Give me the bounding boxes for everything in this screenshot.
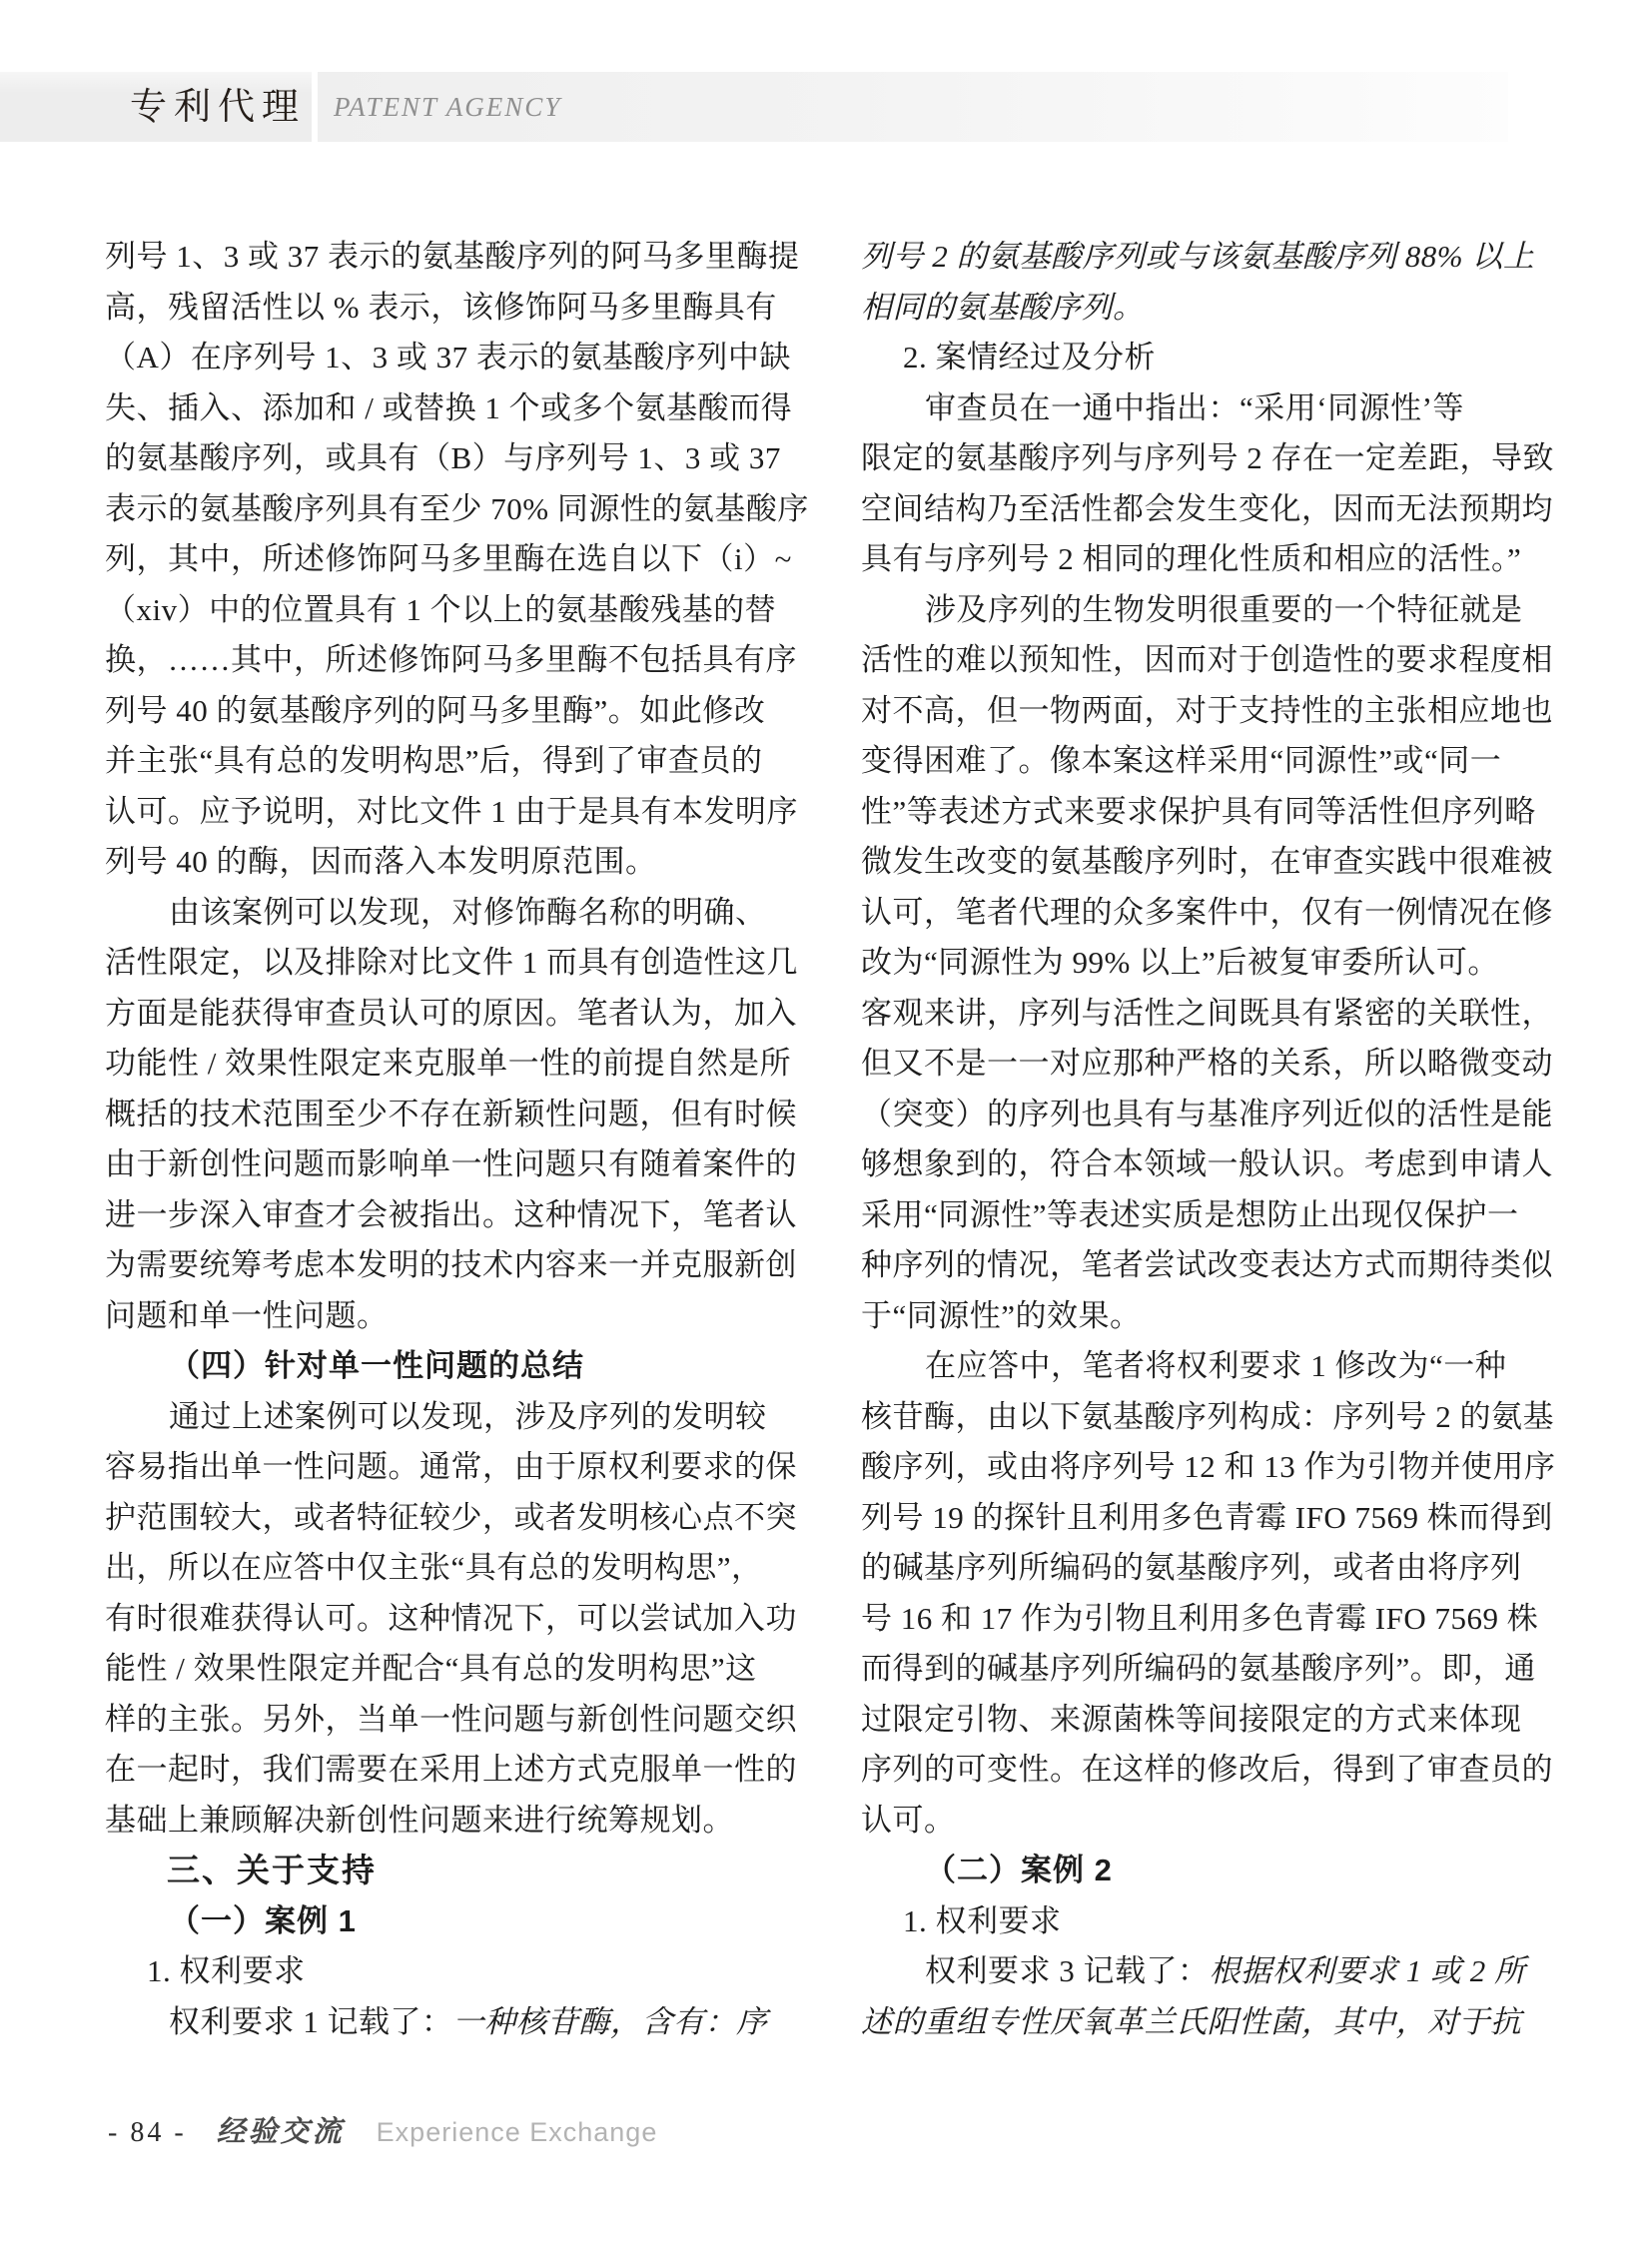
text-line: （一）案例 1 xyxy=(105,1896,794,1947)
journal-section-title-cn: 专利代理 xyxy=(130,86,312,127)
body-text: 列，其中，所述修饰阿马多里酶在选自以下（i）~ xyxy=(105,541,792,576)
body-text: 列号 40 的酶，因而落入本发明原范围。 xyxy=(105,844,657,879)
text-line: （A）在序列号 1、3 或 37 表示的氨基酸序列中缺 xyxy=(105,333,794,383)
body-text: 涉及序列的生物发明很重要的一个特征就是 xyxy=(925,592,1523,627)
body-text: 客观来讲，序列与活性之间既具有紧密的关联性， xyxy=(861,996,1553,1031)
body-text: 述的重组专性厌氧革兰氏阳性菌，其中，对于抗 xyxy=(861,2004,1522,2039)
text-line: 列，其中，所述修饰阿马多里酶在选自以下（i）~ xyxy=(105,534,794,585)
body-text: 微发生改变的氨基酸序列时，在审查实践中很难被 xyxy=(861,844,1553,879)
text-line: 变得困难了。像本案这样采用“同源性”或“同一 xyxy=(861,736,1550,787)
text-line: 客观来讲，序列与活性之间既具有紧密的关联性， xyxy=(861,989,1550,1040)
body-text: 由该案例可以发现，对修饰酶名称的明确、 xyxy=(169,895,767,930)
body-text: 认可。应予说明，对比文件 1 由于是具有本发明序 xyxy=(105,794,798,829)
body-text: 于“同源性”的效果。 xyxy=(861,1298,1142,1333)
body-text: 2. 案情经过及分析 xyxy=(903,340,1156,374)
body-text: 具有与序列号 2 相同的理化性质和相应的活性。” xyxy=(861,541,1521,576)
body-text: 样的主张。另外，当单一性问题与新创性问题交织 xyxy=(105,1702,797,1737)
body-text: 为需要统筹考虑本发明的技术内容来一并克服新创 xyxy=(105,1247,797,1282)
text-line: 于“同源性”的效果。 xyxy=(861,1291,1550,1342)
body-text: 的氨基酸序列，或具有（B）与序列号 1、3 或 37 xyxy=(105,440,781,475)
text-line: 具有与序列号 2 相同的理化性质和相应的活性。” xyxy=(861,534,1550,585)
text-line: 列号 40 的氨基酸序列的阿马多里酶”。如此修改 xyxy=(105,686,794,737)
text-line: 2. 案情经过及分析 xyxy=(861,333,1550,383)
body-text: 列号 19 的探针且利用多色青霉 IFO 7569 株而得到 xyxy=(861,1500,1553,1535)
page-footer: - 84 - 经验交流 Experience Exchange xyxy=(108,2109,657,2149)
body-text: 列号 2 的氨基酸序列或与该氨基酸序列 88% 以上 xyxy=(861,239,1534,274)
body-text: 通过上述案例可以发现，涉及序列的发明较 xyxy=(169,1399,767,1434)
page-number: - 84 - xyxy=(108,2117,187,2149)
text-line: 活性限定，以及排除对比文件 1 而具有创造性这几 xyxy=(105,938,794,989)
text-line: 相同的氨基酸序列。 xyxy=(861,283,1550,334)
body-text: 有时很难获得认可。这种情况下，可以尝试加入功 xyxy=(105,1601,797,1636)
header-band-cn: 专利代理 xyxy=(0,72,312,142)
body-text: 护范围较大，或者特征较少，或者发明核心点不突 xyxy=(105,1500,797,1535)
text-line: 高，残留活性以 % 表示，该修饰阿马多里酶具有 xyxy=(105,283,794,334)
text-line: 在应答中，笔者将权利要求 1 修改为“一种 xyxy=(861,1341,1550,1392)
text-line: 失、插入、添加和 / 或替换 1 个或多个氨基酸而得 xyxy=(105,383,794,434)
text-line: 通过上述案例可以发现，涉及序列的发明较 xyxy=(105,1392,794,1443)
body-text: 并主张“具有总的发明构思”后，得到了审查员的 xyxy=(105,743,763,778)
body-text: 基础上兼顾解决新创性问题来进行统筹规划。 xyxy=(105,1803,734,1838)
body-text: 够想象到的，符合本领域一般认识。考虑到申请人 xyxy=(861,1146,1553,1181)
text-line: 问题和单一性问题。 xyxy=(105,1291,794,1342)
text-line: 限定的氨基酸序列与序列号 2 存在一定差距，导致 xyxy=(861,433,1550,484)
text-line: 序列的可变性。在这样的修改后，得到了审查员的 xyxy=(861,1745,1550,1796)
claim-quote-text: 根据权利要求 1 或 2 所 xyxy=(1210,1953,1526,1988)
text-line: 护范围较大，或者特征较少，或者发明核心点不突 xyxy=(105,1493,794,1544)
text-line: 号 16 和 17 作为引物且利用多色青霉 IFO 7569 株 xyxy=(861,1594,1550,1645)
body-text: 概括的技术范围至少不存在新颖性问题，但有时候 xyxy=(105,1097,797,1131)
text-line: 基础上兼顾解决新创性问题来进行统筹规划。 xyxy=(105,1796,794,1847)
body-text: （xiv）中的位置具有 1 个以上的氨基酸残基的替 xyxy=(105,592,776,627)
text-line: 对不高，但一物两面，对于支持性的主张相应地也 xyxy=(861,686,1550,737)
text-line: 审查员在一通中指出：“采用‘同源性’等 xyxy=(861,383,1550,434)
body-text: 采用“同源性”等表述实质是想防止出现仅保护一 xyxy=(861,1197,1519,1232)
body-text: （二）案例 2 xyxy=(925,1853,1113,1887)
text-line: （突变）的序列也具有与基准序列近似的活性是能 xyxy=(861,1090,1550,1140)
text-line: （二）案例 2 xyxy=(861,1846,1550,1896)
body-text: 权利要求 3 记载了： xyxy=(925,1953,1210,1988)
text-line: （xiv）中的位置具有 1 个以上的氨基酸残基的替 xyxy=(105,585,794,636)
text-line: 能性 / 效果性限定并配合“具有总的发明构思”这 xyxy=(105,1644,794,1695)
text-line: 权利要求 1 记载了：一种核苷酶，含有：序 xyxy=(105,1997,794,2048)
text-line: 认可。应予说明，对比文件 1 由于是具有本发明序 xyxy=(105,787,794,838)
left-column: 列号 1、3 或 37 表示的氨基酸序列的阿马多里酶提高，残留活性以 % 表示，… xyxy=(105,232,794,2047)
text-line: 但又不是一一对应那种严格的关系，所以略微变动 xyxy=(861,1039,1550,1090)
body-text: 1. 权利要求 xyxy=(147,1953,306,1988)
text-line: 在一起时，我们需要在采用上述方式克服单一性的 xyxy=(105,1745,794,1796)
body-text: 认可，笔者代理的众多案件中，仅有一例情况在修 xyxy=(861,895,1553,930)
body-text: 序列的可变性。在这样的修改后，得到了审查员的 xyxy=(861,1752,1553,1787)
text-line: 采用“同源性”等表述实质是想防止出现仅保护一 xyxy=(861,1190,1550,1241)
body-text: 问题和单一性问题。 xyxy=(105,1298,389,1333)
body-text: 的碱基序列所编码的氨基酸序列，或者由将序列 xyxy=(861,1550,1522,1585)
text-line: 活性的难以预知性，因而对于创造性的要求程度相 xyxy=(861,635,1550,686)
text-line: 列号 40 的酶，因而落入本发明原范围。 xyxy=(105,837,794,888)
body-text: 容易指出单一性问题。通常，由于原权利要求的保 xyxy=(105,1449,797,1484)
body-text: 权利要求 1 记载了： xyxy=(169,2004,453,2039)
body-text: 方面是能获得审查员认可的原因。笔者认为，加入 xyxy=(105,996,797,1031)
text-line: 涉及序列的生物发明很重要的一个特征就是 xyxy=(861,585,1550,636)
body-text: 性”等表述方式来要求保护具有同等活性但序列略 xyxy=(861,794,1536,829)
journal-section-title-en: PATENT AGENCY xyxy=(334,92,561,122)
text-line: 的氨基酸序列，或具有（B）与序列号 1、3 或 37 xyxy=(105,433,794,484)
body-text: 进一步深入审查才会被指出。这种情况下，笔者认 xyxy=(105,1197,797,1232)
body-text: 空间结构乃至活性都会发生变化，因而无法预期均 xyxy=(861,491,1553,526)
text-line: 而得到的碱基序列所编码的氨基酸序列”。即，通 xyxy=(861,1644,1550,1695)
body-text: 在应答中，笔者将权利要求 1 修改为“一种 xyxy=(925,1348,1506,1383)
body-text: 换，……其中，所述修饰阿马多里酶不包括具有序 xyxy=(105,642,797,677)
text-line: 够想象到的，符合本领域一般认识。考虑到申请人 xyxy=(861,1139,1550,1190)
body-text: 列号 1、3 或 37 表示的氨基酸序列的阿马多里酶提 xyxy=(105,239,800,274)
body-text: （一）案例 1 xyxy=(169,1903,357,1938)
text-line: 1. 权利要求 xyxy=(861,1896,1550,1947)
right-column: 列号 2 的氨基酸序列或与该氨基酸序列 88% 以上相同的氨基酸序列。2. 案情… xyxy=(861,232,1550,2047)
body-text: 过限定引物、来源菌株等间接限定的方式来体现 xyxy=(861,1702,1522,1737)
body-text: （四）针对单一性问题的总结 xyxy=(169,1348,584,1383)
text-line: 权利要求 3 记载了：根据权利要求 1 或 2 所 xyxy=(861,1946,1550,1997)
text-line: 样的主张。另外，当单一性问题与新创性问题交织 xyxy=(105,1695,794,1746)
text-line: 出，所以在应答中仅主张“具有总的发明构思”， xyxy=(105,1543,794,1594)
body-text: 种序列的情况，笔者尝试改变表达方式而期待类似 xyxy=(861,1247,1553,1282)
footer-section-title-en: Experience Exchange xyxy=(377,2117,658,2148)
body-text: 高，残留活性以 % 表示，该修饰阿马多里酶具有 xyxy=(105,290,777,325)
text-line: 酸序列，或由将序列号 12 和 13 作为引物并使用序 xyxy=(861,1442,1550,1493)
article-body: 列号 1、3 或 37 表示的氨基酸序列的阿马多里酶提高，残留活性以 % 表示，… xyxy=(105,232,1550,2047)
body-text: 1. 权利要求 xyxy=(903,1903,1062,1938)
text-line: 功能性 / 效果性限定来克服单一性的前提自然是所 xyxy=(105,1039,794,1090)
body-text: 认可。 xyxy=(861,1803,956,1838)
text-line: 进一步深入审查才会被指出。这种情况下，笔者认 xyxy=(105,1190,794,1241)
body-text: 核苷酶，由以下氨基酸序列构成：序列号 2 的氨基 xyxy=(861,1399,1554,1434)
text-line: 容易指出单一性问题。通常，由于原权利要求的保 xyxy=(105,1442,794,1493)
text-line: 1. 权利要求 xyxy=(105,1946,794,1997)
body-text: 功能性 / 效果性限定来克服单一性的前提自然是所 xyxy=(105,1046,791,1081)
body-text: 表示的氨基酸序列具有至少 70% 同源性的氨基酸序 xyxy=(105,491,809,526)
page: 专利代理 PATENT AGENCY 列号 1、3 或 37 表示的氨基酸序列的… xyxy=(0,0,1652,2242)
text-line: 表示的氨基酸序列具有至少 70% 同源性的氨基酸序 xyxy=(105,484,794,535)
text-line: 换，……其中，所述修饰阿马多里酶不包括具有序 xyxy=(105,635,794,686)
body-text: 活性限定，以及排除对比文件 1 而具有创造性这几 xyxy=(105,945,798,980)
body-text: 列号 40 的氨基酸序列的阿马多里酶”。如此修改 xyxy=(105,693,765,728)
text-line: 认可。 xyxy=(861,1796,1550,1847)
text-line: 方面是能获得审查员认可的原因。笔者认为，加入 xyxy=(105,989,794,1040)
text-line: 改为“同源性为 99% 以上”后被复审委所认可。 xyxy=(861,938,1550,989)
claim-quote-text: 一种核苷酶，含有：序 xyxy=(453,2004,768,2039)
text-line: 三、关于支持 xyxy=(105,1846,794,1896)
text-line: 有时很难获得认可。这种情况下，可以尝试加入功 xyxy=(105,1594,794,1645)
text-line: 过限定引物、来源菌株等间接限定的方式来体现 xyxy=(861,1695,1550,1746)
body-text: 变得困难了。像本案这样采用“同源性”或“同一 xyxy=(861,743,1501,778)
body-text: 活性的难以预知性，因而对于创造性的要求程度相 xyxy=(861,642,1553,677)
body-text: 能性 / 效果性限定并配合“具有总的发明构思”这 xyxy=(105,1651,757,1686)
body-text: 对不高，但一物两面，对于支持性的主张相应地也 xyxy=(861,693,1553,728)
text-line: 种序列的情况，笔者尝试改变表达方式而期待类似 xyxy=(861,1240,1550,1291)
text-line: 的碱基序列所编码的氨基酸序列，或者由将序列 xyxy=(861,1543,1550,1594)
text-line: 列号 19 的探针且利用多色青霉 IFO 7569 株而得到 xyxy=(861,1493,1550,1544)
text-line: 并主张“具有总的发明构思”后，得到了审查员的 xyxy=(105,736,794,787)
text-line: 微发生改变的氨基酸序列时，在审查实践中很难被 xyxy=(861,837,1550,888)
text-line: 为需要统筹考虑本发明的技术内容来一并克服新创 xyxy=(105,1240,794,1291)
text-line: 列号 2 的氨基酸序列或与该氨基酸序列 88% 以上 xyxy=(861,232,1550,283)
body-text: （A）在序列号 1、3 或 37 表示的氨基酸序列中缺 xyxy=(105,340,791,374)
text-line: 空间结构乃至活性都会发生变化，因而无法预期均 xyxy=(861,484,1550,535)
body-text: 三、关于支持 xyxy=(167,1852,377,1888)
body-text: 改为“同源性为 99% 以上”后被复审委所认可。 xyxy=(861,945,1499,980)
text-line: 由于新创性问题而影响单一性问题只有随着案件的 xyxy=(105,1139,794,1190)
body-text: 而得到的碱基序列所编码的氨基酸序列”。即，通 xyxy=(861,1651,1536,1686)
body-text: 在一起时，我们需要在采用上述方式克服单一性的 xyxy=(105,1752,797,1787)
body-text: 失、插入、添加和 / 或替换 1 个或多个氨基酸而得 xyxy=(105,390,792,425)
text-line: 列号 1、3 或 37 表示的氨基酸序列的阿马多里酶提 xyxy=(105,232,794,283)
text-line: 由该案例可以发现，对修饰酶名称的明确、 xyxy=(105,888,794,939)
body-text: 由于新创性问题而影响单一性问题只有随着案件的 xyxy=(105,1146,797,1181)
body-text: 号 16 和 17 作为引物且利用多色青霉 IFO 7569 株 xyxy=(861,1601,1538,1636)
body-text: 但又不是一一对应那种严格的关系，所以略微变动 xyxy=(861,1046,1553,1081)
header-band-en: PATENT AGENCY xyxy=(318,72,1508,142)
body-text: 相同的氨基酸序列。 xyxy=(861,290,1145,325)
body-text: 酸序列，或由将序列号 12 和 13 作为引物并使用序 xyxy=(861,1449,1556,1484)
text-line: 性”等表述方式来要求保护具有同等活性但序列略 xyxy=(861,787,1550,838)
body-text: （突变）的序列也具有与基准序列近似的活性是能 xyxy=(861,1097,1553,1131)
text-line: 认可，笔者代理的众多案件中，仅有一例情况在修 xyxy=(861,888,1550,939)
body-text: 审查员在一通中指出：“采用‘同源性’等 xyxy=(925,390,1464,425)
text-line: 述的重组专性厌氧革兰氏阳性菌，其中，对于抗 xyxy=(861,1997,1550,2048)
body-text: 限定的氨基酸序列与序列号 2 存在一定差距，导致 xyxy=(861,440,1554,475)
text-line: （四）针对单一性问题的总结 xyxy=(105,1341,794,1392)
text-line: 核苷酶，由以下氨基酸序列构成：序列号 2 的氨基 xyxy=(861,1392,1550,1443)
footer-section-title-cn: 经验交流 xyxy=(217,2109,345,2150)
body-text: 出，所以在应答中仅主张“具有总的发明构思”， xyxy=(105,1550,763,1585)
text-line: 概括的技术范围至少不存在新颖性问题，但有时候 xyxy=(105,1090,794,1140)
